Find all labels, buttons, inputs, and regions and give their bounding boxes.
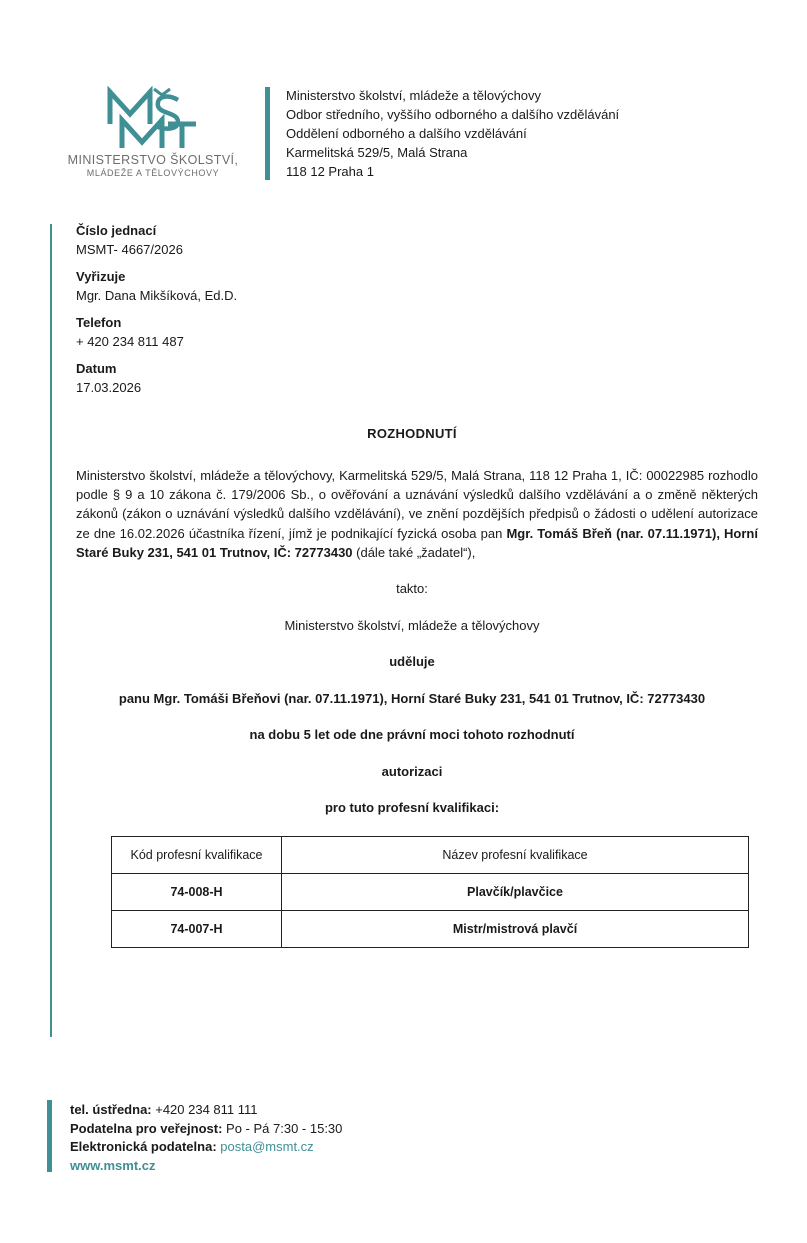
qualification-code: 74-007-H [112, 911, 282, 948]
logo-text-line1: MINISTERSTVO ŠKOLSTVÍ, [58, 153, 248, 167]
footer-phone: tel. ústředna: +420 234 811 111 [70, 1101, 342, 1120]
header-accent-bar [265, 87, 270, 180]
qualification-intro: pro tuto profesní kvalifikaci: [76, 800, 748, 815]
meta-label: Číslo jednací [76, 221, 237, 240]
header-line: Karmelitská 529/5, Malá Strana [286, 143, 619, 162]
reference-number: Číslo jednací MSMT- 4667/2026 [76, 221, 237, 259]
ministry-logo: MINISTERSTVO ŠKOLSTVÍ, MLÁDEŽE A TĚLOVÝC… [58, 86, 248, 181]
meta-label: Telefon [76, 313, 237, 332]
recipient-details: panu Mgr. Tomáši Břeňovi (nar. 07.11.197… [76, 691, 748, 706]
meta-value: MSMT- 4667/2026 [76, 240, 237, 259]
header-line: Oddělení odborného a dalšího vzdělávání [286, 124, 619, 143]
header-line: Ministerstvo školství, mládeže a tělovýc… [286, 86, 619, 105]
handled-by: Vyřizuje Mgr. Dana Mikšíková, Ed.D. [76, 267, 237, 305]
paragraph-text-end: (dále také „žadatel“), [353, 545, 476, 560]
msmt-monogram-icon [58, 86, 248, 152]
header-line: Odbor středního, vyššího odborného a dal… [286, 105, 619, 124]
meta-value: + 420 234 811 487 [76, 332, 237, 351]
qualification-code: 74-008-H [112, 874, 282, 911]
footer-office-hours: Podatelna pro veřejnost: Po - Pá 7:30 - … [70, 1120, 342, 1139]
meta-value: 17.03.2026 [76, 378, 237, 397]
date: Datum 17.03.2026 [76, 359, 237, 397]
meta-label: Vyřizuje [76, 267, 237, 286]
takto-text: takto: [76, 581, 748, 596]
table-row: 74-008-H Plavčík/plavčice [112, 874, 749, 911]
document-title: ROZHODNUTÍ [76, 426, 748, 441]
decision-paragraph: Ministerstvo školství, mládeže a tělovýc… [76, 466, 758, 562]
qualification-table: Kód profesní kvalifikace Název profesní … [111, 836, 749, 948]
header-line: 118 12 Praha 1 [286, 162, 619, 181]
email-link[interactable]: posta@msmt.cz [220, 1139, 313, 1154]
reference-info: Číslo jednací MSMT- 4667/2026 Vyřizuje M… [76, 221, 237, 405]
phone: Telefon + 420 234 811 487 [76, 313, 237, 351]
header-address: Ministerstvo školství, mládeže a tělovýc… [286, 86, 619, 181]
footer-accent-bar [47, 1100, 52, 1172]
authority-name: Ministerstvo školství, mládeže a tělovýc… [76, 618, 748, 633]
footer-value: +420 234 811 111 [152, 1102, 258, 1117]
grant-verb: uděluje [76, 654, 748, 669]
table-row: 74-007-H Mistr/mistrová plavčí [112, 911, 749, 948]
object-text: autorizaci [76, 764, 748, 779]
footer-value: Po - Pá 7:30 - 15:30 [222, 1121, 342, 1136]
footer-epodatelna: Elektronická podatelna: posta@msmt.cz [70, 1138, 342, 1157]
qualification-name: Plavčík/plavčice [282, 874, 749, 911]
footer-label: tel. ústředna: [70, 1102, 152, 1117]
qualification-name: Mistr/mistrová plavčí [282, 911, 749, 948]
footer-label: Elektronická podatelna: [70, 1139, 217, 1154]
website-link[interactable]: www.msmt.cz [70, 1157, 342, 1176]
duration-text: na dobu 5 let ode dne právní moci tohoto… [76, 727, 748, 742]
footer-contacts: tel. ústředna: +420 234 811 111 Podateln… [70, 1101, 342, 1175]
left-margin-rule [50, 224, 52, 1037]
meta-label: Datum [76, 359, 237, 378]
footer-label: Podatelna pro veřejnost: [70, 1121, 222, 1136]
logo-text-line2: MLÁDEŽE A TĚLOVÝCHOVY [58, 168, 248, 178]
column-header-name: Název profesní kvalifikace [282, 837, 749, 874]
meta-value: Mgr. Dana Mikšíková, Ed.D. [76, 286, 237, 305]
column-header-code: Kód profesní kvalifikace [112, 837, 282, 874]
table-header-row: Kód profesní kvalifikace Název profesní … [112, 837, 749, 874]
